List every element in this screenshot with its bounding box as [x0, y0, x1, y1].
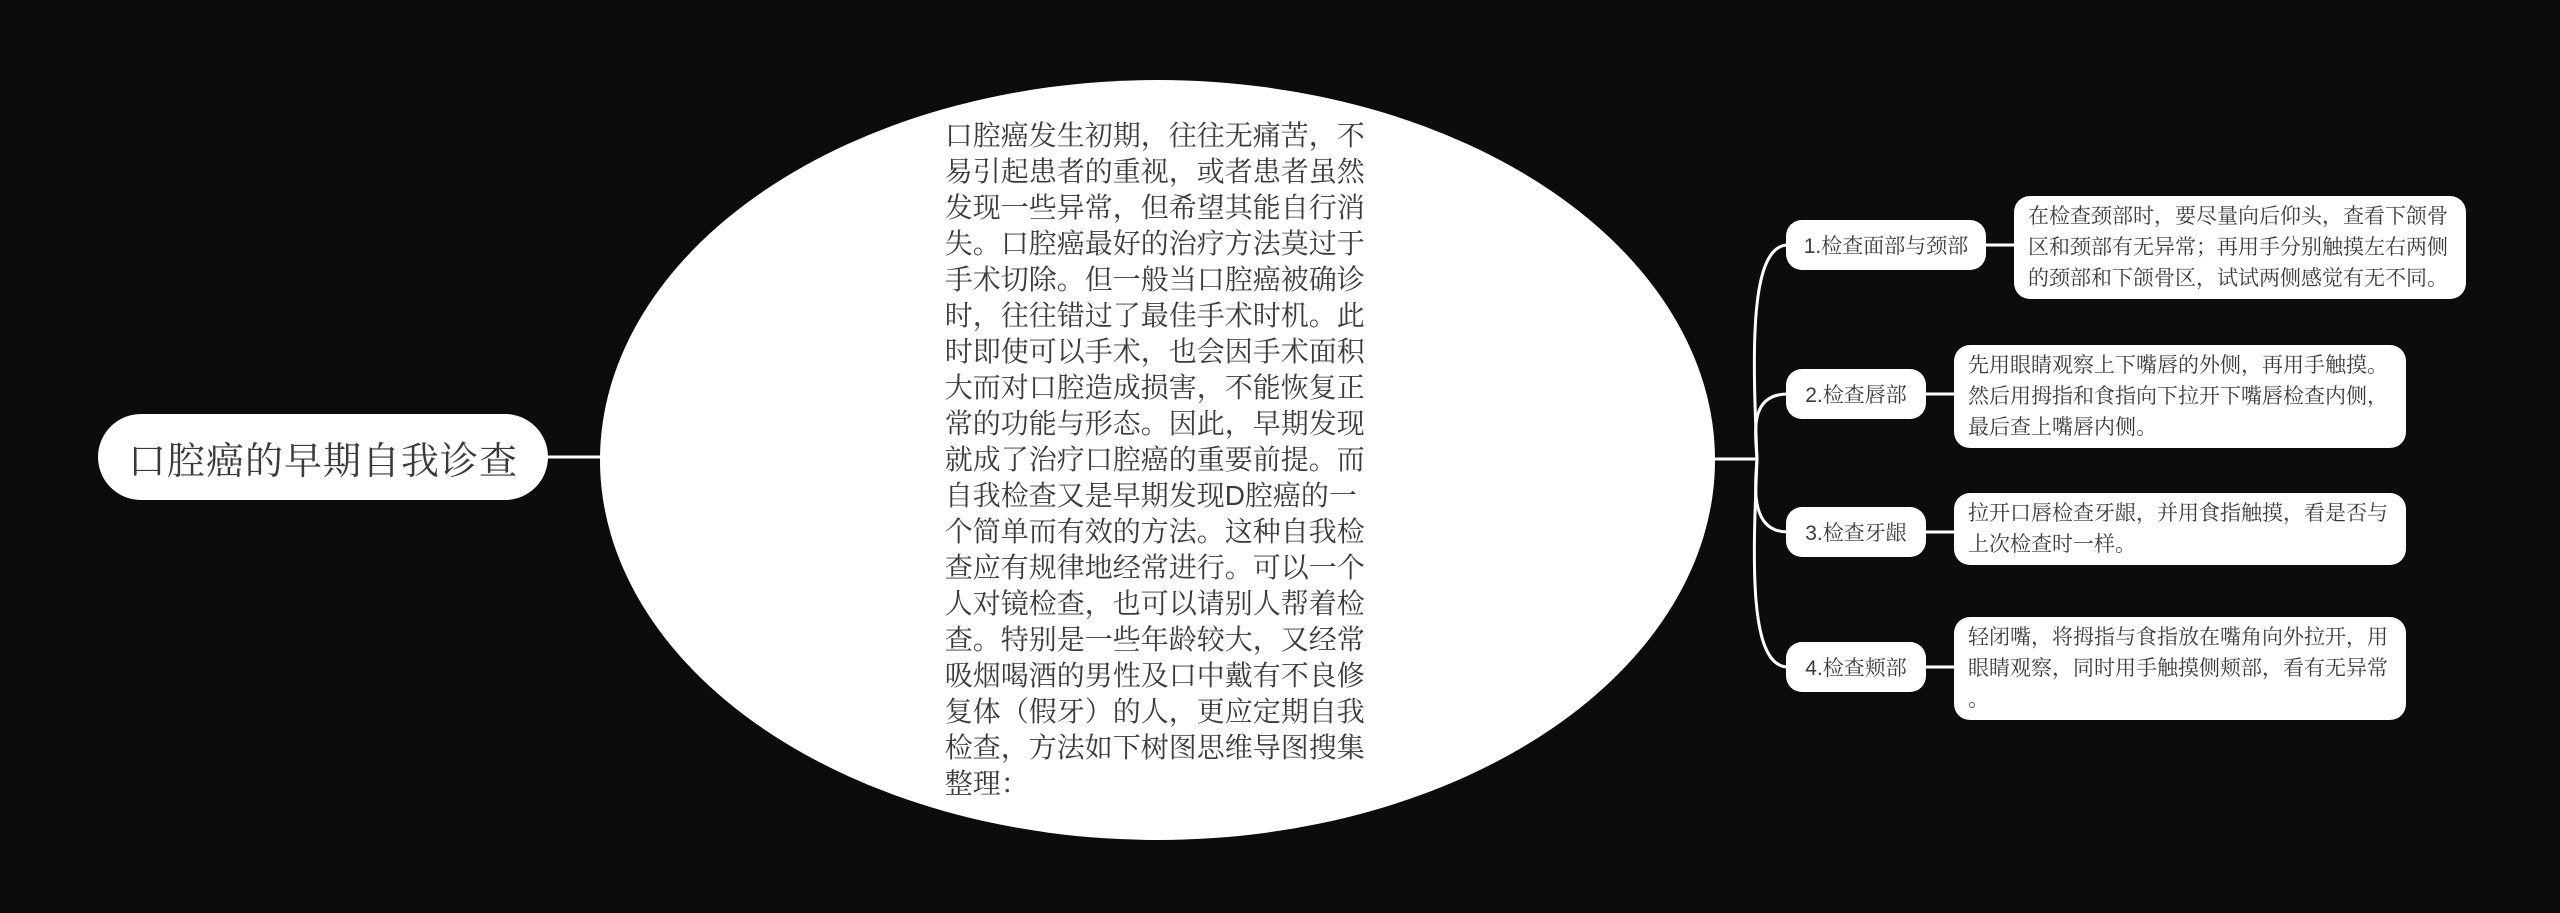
bracket-curve-branch-3 [1756, 459, 1788, 532]
detail-card-lips[interactable]: 先用眼睛观察上下嘴唇的外侧，再用手触摸。然后用拇指和食指向下拉开下嘴唇检查内侧，… [1954, 345, 2406, 448]
detail-text: 在检查颈部时，要尽量向后仰头，查看下颌骨区和颈部有无异常；再用手分别触摸左右两侧… [2028, 201, 2452, 294]
branch-label: 4.检查颊部 [1805, 652, 1907, 682]
branch-label: 3.检查牙龈 [1805, 517, 1907, 547]
detail-card-cheeks[interactable]: 轻闭嘴，将拇指与食指放在嘴角向外拉开，用眼睛观察，同时用手触摸侧颊部，看有无异常… [1954, 617, 2406, 720]
root-node-label: 口腔癌的早期自我诊查 [128, 430, 518, 485]
branch-label: 2.检查唇部 [1805, 379, 1907, 409]
branch-node-cheeks[interactable]: 4.检查颊部 [1786, 642, 1926, 692]
bracket-curve-branch-2 [1756, 394, 1788, 459]
bracket-curve-branch-1 [1754, 245, 1788, 459]
detail-card-face-neck[interactable]: 在检查颈部时，要尽量向后仰头，查看下颌骨区和颈部有无异常；再用手分别触摸左右两侧… [2014, 196, 2466, 299]
branch-node-lips[interactable]: 2.检查唇部 [1786, 369, 1926, 419]
detail-text: 轻闭嘴，将拇指与食指放在嘴角向外拉开，用眼睛观察，同时用手触摸侧颊部，看有无异常… [1968, 622, 2392, 715]
root-node[interactable]: 口腔癌的早期自我诊查 [98, 414, 548, 500]
detail-text: 先用眼睛观察上下嘴唇的外侧，再用手触摸。然后用拇指和食指向下拉开下嘴唇检查内侧，… [1968, 350, 2392, 443]
mindmap-canvas: 口腔癌的早期自我诊查 口腔癌发生初期，往往无痛苦，不易引起患者的重视，或者患者虽… [0, 0, 2560, 913]
branch-node-gums[interactable]: 3.检查牙龈 [1786, 507, 1926, 557]
detail-card-gums[interactable]: 拉开口唇检查牙龈，并用食指触摸，看是否与上次检查时一样。 [1954, 493, 2406, 565]
branch-node-face-neck[interactable]: 1.检查面部与颈部 [1786, 220, 1986, 270]
bracket-curve-branch-4 [1754, 459, 1788, 667]
summary-paragraph: 口腔癌发生初期，往往无痛苦，不易引起患者的重视，或者患者虽然发现一些异常，但希望… [945, 118, 1371, 802]
branch-label: 1.检查面部与颈部 [1804, 230, 1969, 260]
detail-text: 拉开口唇检查牙龈，并用食指触摸，看是否与上次检查时一样。 [1968, 498, 2392, 560]
summary-node[interactable]: 口腔癌发生初期，往往无痛苦，不易引起患者的重视，或者患者虽然发现一些异常，但希望… [600, 80, 1715, 840]
